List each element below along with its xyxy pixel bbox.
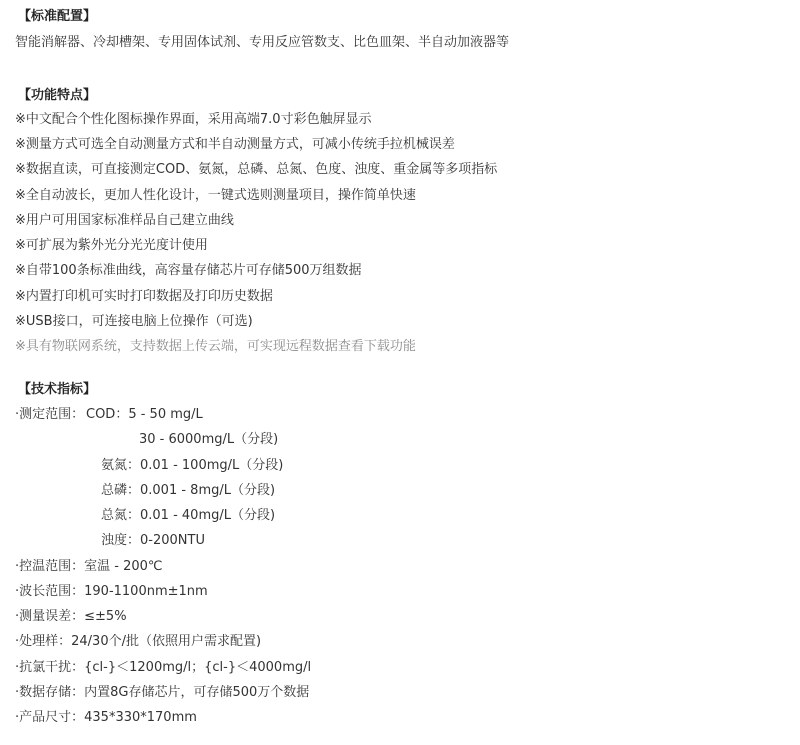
feature-item: ※自带100条标准曲线，高容量存储芯片可存储500万组数据 bbox=[15, 262, 362, 280]
feature-item: ※全自动波长，更加人性化设计，一键式选则测量项目，操作简单快速 bbox=[15, 187, 416, 205]
standard-config-text: 智能消解器、冷却槽架、专用固体试剂、专用反应管数支、比色皿架、半自动加液器等 bbox=[15, 34, 509, 52]
features-heading: 【功能特点】 bbox=[18, 87, 96, 105]
feature-item: ※内置打印机可实时打印数据及打印历史数据 bbox=[15, 288, 273, 306]
spec-item: ·测量误差：≤±5% bbox=[15, 608, 127, 626]
measure-range-nitrogen: 总氮：0.01 - 40mg/L（分段) bbox=[101, 507, 275, 525]
feature-item: ※可扩展为紫外光分光光度计使用 bbox=[15, 237, 208, 255]
measure-range-turbidity: 浊度：0-200NTU bbox=[101, 532, 205, 550]
spec-item: ·波长范围：190-1100nm±1nm bbox=[15, 583, 208, 601]
feature-item: ※中文配合个性化图标操作界面，采用高端7.0寸彩色触屏显示 bbox=[15, 111, 372, 129]
measure-range-cod: COD：5 - 50 mg/L bbox=[86, 406, 203, 424]
specs-heading: 【技术指标】 bbox=[18, 381, 96, 399]
spec-item: ·处理样：24/30个/批（依照用户需求配置) bbox=[15, 633, 261, 651]
spec-item: ·产品尺寸：435*330*170mm bbox=[15, 709, 197, 727]
standard-config-heading: 【标准配置】 bbox=[18, 8, 96, 26]
feature-item-iot: ※具有物联网系统，支持数据上传云端，可实现远程数据查看下载功能 bbox=[15, 338, 416, 356]
feature-item: ※测量方式可选全自动测量方式和半自动测量方式，可减小传统手拉机械误差 bbox=[15, 136, 455, 154]
measure-range-phosphorus: 总磷：0.001 - 8mg/L（分段) bbox=[101, 482, 275, 500]
feature-item: ※USB接口，可连接电脑上位操作（可选) bbox=[15, 313, 253, 331]
measure-range-cod-high: 30 - 6000mg/L（分段) bbox=[139, 431, 278, 449]
spec-item: ·抗氯干扰：{cl-}＜1200mg/l；{cl-}＜4000mg/l bbox=[15, 659, 311, 677]
spec-item: ·数据存储：内置8G存储芯片，可存储500万个数据 bbox=[15, 684, 309, 702]
feature-item: ※用户可用国家标准样品自己建立曲线 bbox=[15, 212, 234, 230]
feature-item: ※数据直读，可直接测定COD、氨氮，总磷、总氮、色度、浊度、重金属等多项指标 bbox=[15, 161, 497, 179]
measure-range-ammonia: 氨氮：0.01 - 100mg/L（分段) bbox=[101, 457, 283, 475]
spec-item: ·控温范围：室温 - 200℃ bbox=[15, 558, 163, 576]
measure-range-label: ·测定范围： bbox=[15, 406, 84, 424]
